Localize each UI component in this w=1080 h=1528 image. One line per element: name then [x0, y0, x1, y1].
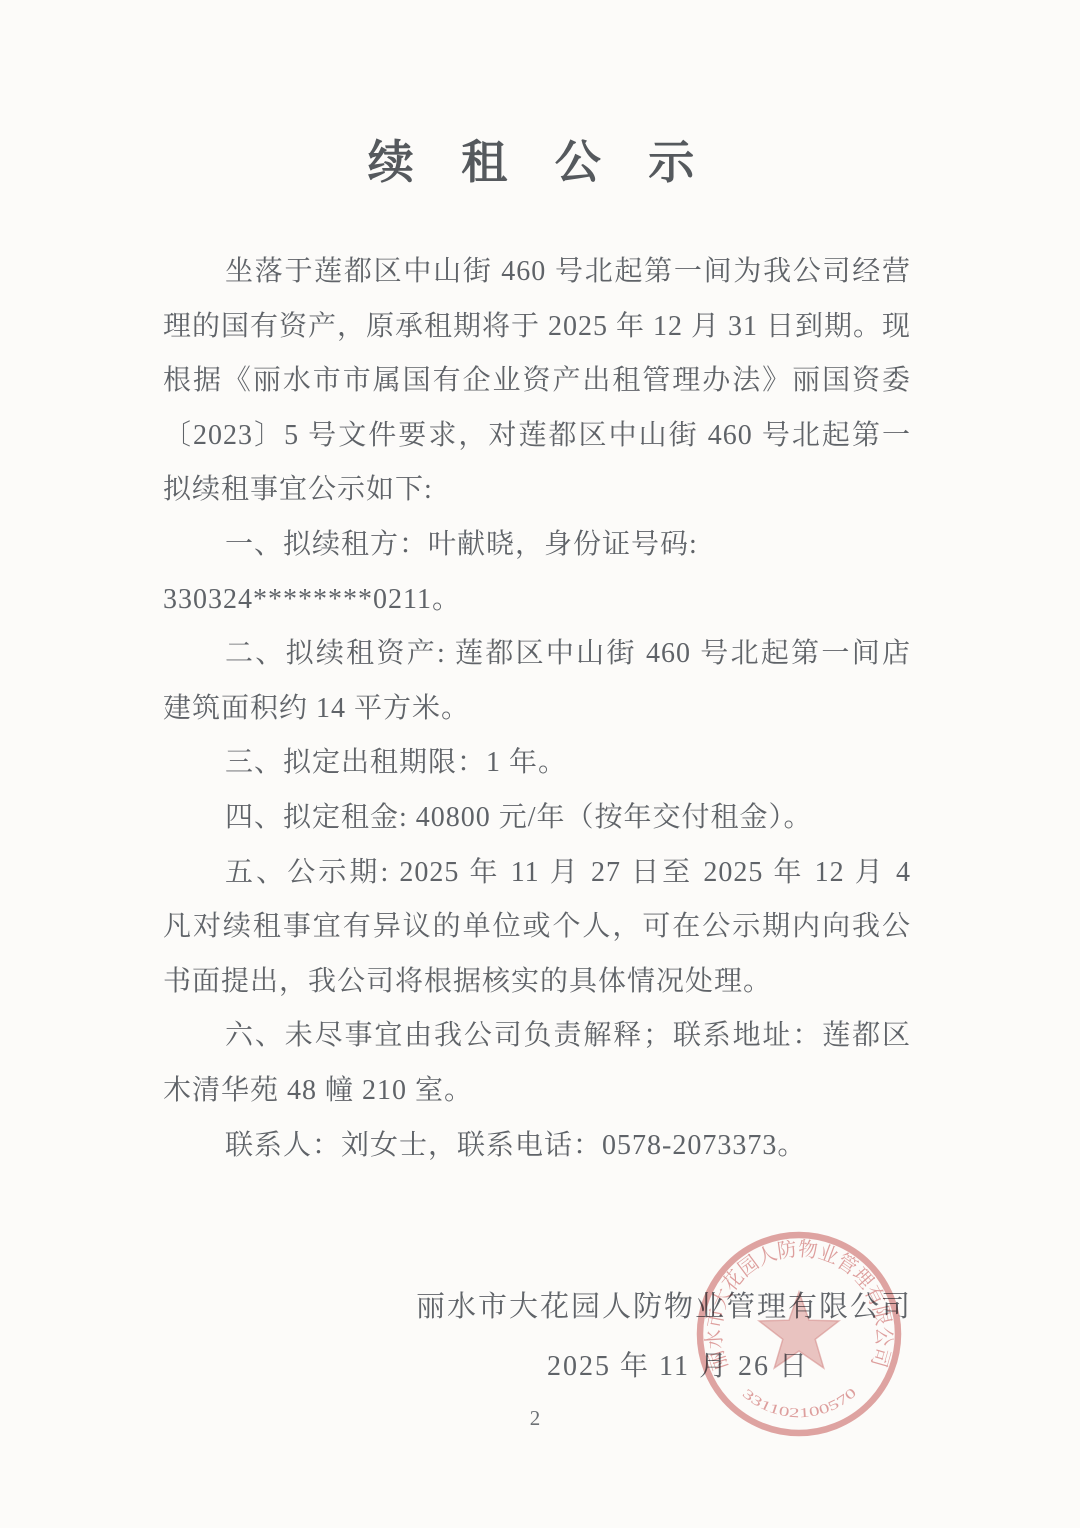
body-line: 书面提出，我公司将根据核实的具体情况处理。: [163, 955, 911, 1010]
body-line: 五、公示期: 2025 年 11 月 27 日至 2025 年 12 月 4 日…: [163, 846, 911, 901]
body-line: 拟续租事宜公示如下:: [163, 463, 911, 518]
seal-outer-ring: [700, 1235, 898, 1433]
body-line: 木清华苑 48 幢 210 室。: [163, 1064, 911, 1119]
body-line: 根据《丽水市市属国有企业资产出租管理办法》丽国资委: [163, 354, 911, 409]
document-page: 续 租 公 示 坐落于莲都区中山街 460 号北起第一间为我公司经营管理的国有资…: [0, 0, 1080, 1528]
body-line: 建筑面积约 14 平方米。: [163, 682, 911, 737]
body-line: 330324********0211。: [163, 573, 911, 628]
signature-date: 2025 年 11 月 26 日: [547, 1344, 809, 1384]
company-seal-stamp-icon: 丽水市大花园人防物业管理有限公司 33110210057087: [693, 1228, 907, 1442]
page-number: 2: [530, 1406, 541, 1431]
document-body: 坐落于莲都区中山街 460 号北起第一间为我公司经营管理的国有资产，原承租期将于…: [163, 245, 911, 1173]
body-line: 一、拟续租方：叶献晓，身份证号码:: [163, 518, 911, 573]
document-title: 续 租 公 示: [0, 126, 1080, 192]
body-line: 四、拟定租金: 40800 元/年（按年交付租金）。: [163, 791, 911, 846]
body-line: 凡对续租事宜有异议的单位或个人，可在公示期内向我公司: [163, 900, 911, 955]
body-line: 三、拟定出租期限：1 年。: [163, 736, 911, 791]
body-line: 〔2023〕5 号文件要求，对莲都区中山街 460 号北起第一间: [163, 409, 911, 464]
body-line: 二、拟续租资产: 莲都区中山街 460 号北起第一间店铺，: [163, 627, 911, 682]
signature-company-name: 丽水市大花园人防物业管理有限公司: [416, 1284, 912, 1325]
body-line: 理的国有资产，原承租期将于 2025 年 12 月 31 日到期。现: [163, 300, 911, 355]
body-line: 坐落于莲都区中山街 460 号北起第一间为我公司经营管: [163, 245, 911, 300]
body-line: 六、未尽事宜由我公司负责解释；联系地址：莲都区水: [163, 1009, 911, 1064]
body-line: 联系人：刘女士，联系电话：0578-2073373。: [163, 1119, 911, 1174]
